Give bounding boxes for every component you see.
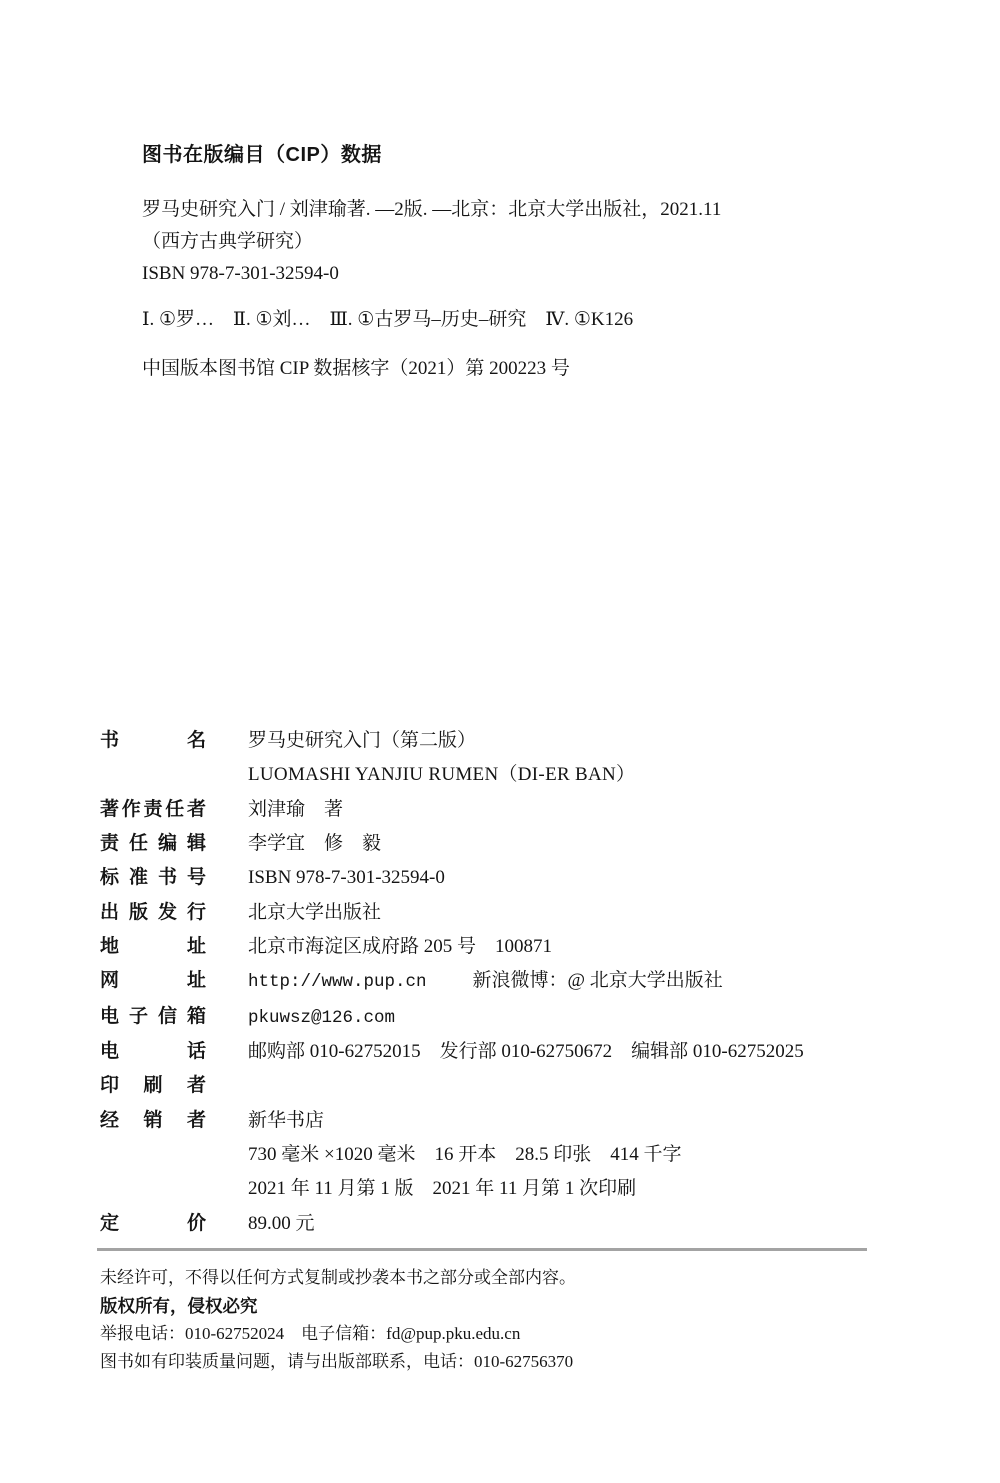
notice-copyright: 版权所有，侵权必究 [100, 1292, 900, 1320]
row-label: 书名 [100, 724, 206, 758]
row-label: 网址 [100, 964, 206, 998]
row-value-weibo: 新浪微博：@ 北京大学出版社 [473, 964, 723, 998]
row-author: 著作责任者 刘津瑜 著 [100, 793, 900, 827]
row-value: 89.00 元 [248, 1207, 315, 1241]
divider-line [97, 1248, 867, 1251]
row-value: 李学宜 修 毅 [248, 827, 381, 861]
cip-series-line: （西方古典学研究） [142, 226, 882, 258]
row-value: ISBN 978-7-301-32594-0 [248, 861, 445, 895]
row-email: 电子信箱 pkuwsz@126.com [100, 1000, 900, 1035]
row-label: 出版发行 [100, 896, 206, 930]
notice-report-contact: 举报电话：010-62752024 电子信箱：fd@pup.pku.edu.cn [100, 1320, 900, 1348]
row-distributor: 经销者 新华书店 [100, 1104, 900, 1138]
row-label: 地址 [100, 930, 206, 964]
row-format: 730 毫米 ×1020 毫米 16 开本 28.5 印张 414 千字 [100, 1138, 900, 1172]
cip-title-line: 罗马史研究入门 / 刘津瑜著. —2版. —北京：北京大学出版社，2021.11 [142, 194, 882, 226]
row-label: 经销者 [100, 1104, 206, 1138]
row-label: 责任编辑 [100, 827, 206, 861]
row-value: 2021 年 11 月第 1 版 2021 年 11 月第 1 次印刷 [248, 1172, 636, 1206]
row-edition: 2021 年 11 月第 1 版 2021 年 11 月第 1 次印刷 [100, 1172, 900, 1206]
row-isbn: 标准书号 ISBN 978-7-301-32594-0 [100, 861, 900, 895]
cip-isbn-line: ISBN 978-7-301-32594-0 [142, 258, 882, 290]
row-editor: 责任编辑 李学宜 修 毅 [100, 827, 900, 861]
row-value-url: http://www.pup.cn [248, 965, 427, 999]
row-value: 刘津瑜 著 [248, 793, 343, 827]
colophon-table: 书名 罗马史研究入门（第二版） LUOMASHI YANJIU RUMEN（DI… [100, 724, 900, 1241]
row-label: 定价 [100, 1207, 206, 1241]
row-value: 罗马史研究入门（第二版） [248, 724, 476, 758]
row-address: 地址 北京市海淀区成府路 205 号 100871 [100, 930, 900, 964]
row-value: 北京大学出版社 [248, 896, 381, 930]
row-printer: 印刷者 [100, 1069, 900, 1103]
row-value: pkuwsz@126.com [248, 1001, 395, 1035]
row-phone: 电话 邮购部 010-62752015 发行部 010-62750672 编辑部… [100, 1035, 900, 1069]
row-label: 印刷者 [100, 1069, 206, 1103]
row-book-title-pinyin: LUOMASHI YANJIU RUMEN（DI-ER BAN） [100, 758, 900, 792]
copyright-page: 图书在版编目（CIP）数据 罗马史研究入门 / 刘津瑜著. —2版. —北京：北… [0, 0, 1000, 1483]
row-value: 新华书店 [248, 1104, 324, 1138]
row-value: 邮购部 010-62752015 发行部 010-62750672 编辑部 01… [248, 1035, 804, 1069]
row-value: 730 毫米 ×1020 毫米 16 开本 28.5 印张 414 千字 [248, 1138, 681, 1172]
cip-block: 图书在版编目（CIP）数据 罗马史研究入门 / 刘津瑜著. —2版. —北京：北… [142, 143, 882, 385]
row-value: 北京市海淀区成府路 205 号 100871 [248, 930, 552, 964]
row-website: 网址 http://www.pup.cn 新浪微博：@ 北京大学出版社 [100, 964, 900, 999]
row-label: 标准书号 [100, 861, 206, 895]
row-publisher: 出版发行 北京大学出版社 [100, 896, 900, 930]
notice-no-copy: 未经许可，不得以任何方式复制或抄袭本书之部分或全部内容。 [100, 1264, 900, 1292]
cip-heading: 图书在版编目（CIP）数据 [142, 143, 882, 167]
row-label: 电话 [100, 1035, 206, 1069]
row-price: 定价 89.00 元 [100, 1207, 900, 1241]
cip-registry-line: 中国版本图书馆 CIP 数据核字（2021）第 200223 号 [142, 353, 882, 385]
footer-notices: 未经许可，不得以任何方式复制或抄袭本书之部分或全部内容。 版权所有，侵权必究 举… [100, 1264, 900, 1376]
cip-classification-line: Ⅰ. ①罗… Ⅱ. ①刘… Ⅲ. ①古罗马–历史–研究 Ⅳ. ①K126 [142, 304, 882, 336]
row-label: 著作责任者 [100, 793, 206, 827]
row-value: LUOMASHI YANJIU RUMEN（DI-ER BAN） [248, 758, 635, 792]
row-label: 电子信箱 [100, 1000, 206, 1034]
notice-quality-contact: 图书如有印装质量问题，请与出版部联系，电话：010-62756370 [100, 1348, 900, 1376]
row-book-title: 书名 罗马史研究入门（第二版） [100, 724, 900, 758]
